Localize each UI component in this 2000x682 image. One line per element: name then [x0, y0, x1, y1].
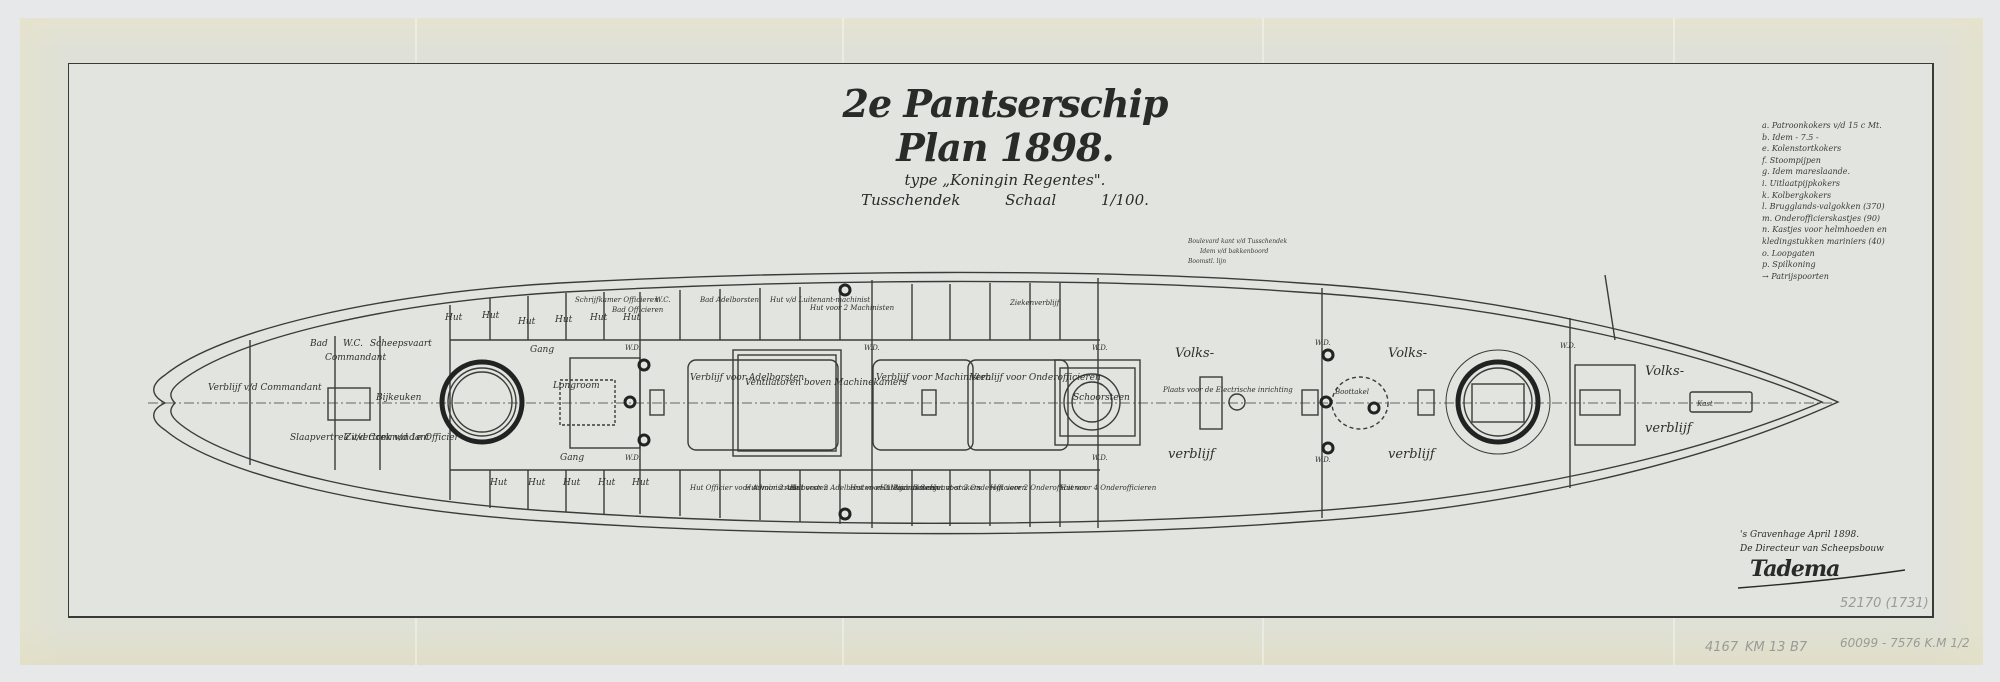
room-label: W.C.	[343, 339, 363, 349]
room-label: verblijf	[1168, 447, 1217, 462]
room-label: Hut	[589, 313, 608, 323]
room-label: Volks-	[1645, 364, 1684, 379]
room-label: Hut voor 2 Machinisten	[809, 304, 895, 312]
room-label: Hut	[481, 311, 500, 321]
wd-marker: W.D.	[1092, 454, 1108, 462]
room-label: Schoorsteen	[1073, 393, 1130, 403]
room-label: Plaats voor de Electrische inrichting	[1162, 386, 1293, 394]
wd-marker: W.D.	[1560, 342, 1576, 350]
signature-block: 's Gravenhage April 1898. De Directeur v…	[1740, 528, 1884, 556]
room-label: Bad Officieren	[611, 306, 664, 314]
room-label: Boottakel	[1334, 388, 1369, 396]
room-label: Verblijf voor Onderofficieren	[970, 373, 1101, 383]
catalog-number: 52170 (1731)	[1840, 596, 1929, 611]
room-label: Hut	[517, 317, 536, 327]
room-label: Scheepsvaart	[370, 339, 432, 349]
catalog-number: B7	[1790, 640, 1807, 655]
room-label: Hut	[622, 313, 641, 323]
room-label: Hut	[562, 478, 581, 488]
room-label: Hut	[631, 478, 650, 488]
room-label: Hut	[444, 313, 463, 323]
room-label: Hut	[489, 478, 508, 488]
room-label: Volks-	[1388, 346, 1427, 361]
room-label: Ziekenverblijf	[1009, 299, 1061, 307]
room-label: W.C.	[655, 296, 671, 304]
room-label: Bijkeuken	[375, 393, 422, 403]
room-label: verblijf	[1388, 447, 1437, 462]
room-label: Hut v/d Luitenant-machinist	[769, 296, 870, 304]
corridor-label: Gang	[530, 345, 554, 355]
room-label: Bad Adelborsten	[699, 296, 760, 304]
place-date: 's Gravenhage April 1898.	[1740, 528, 1884, 542]
room-label: Verblijf v/d Commandant	[208, 383, 322, 393]
room-label: Bad	[309, 339, 328, 349]
signatory-role: De Directeur van Scheepsbouw	[1740, 542, 1884, 556]
room-label: Zitvertrek v/d 1e Officier	[344, 433, 460, 443]
wd-marker: W.D.	[1315, 456, 1331, 464]
room-label: Hut voor 4 Onderofficieren	[1059, 484, 1157, 492]
room-label: Hut	[527, 478, 546, 488]
wd-marker: W.D.	[1092, 344, 1108, 352]
room-label: Schrijfkamer Officieren	[575, 296, 659, 304]
ship-deck-plan: Verblijf v/d Commandant Slaapvertrek v/d…	[0, 0, 2000, 682]
room-label: Hut	[597, 478, 616, 488]
wd-marker: W.D.	[1315, 339, 1331, 347]
signature: Tadema	[1750, 556, 1839, 582]
corridor-label: Gang	[560, 453, 584, 463]
catalog-number: 4167	[1705, 640, 1738, 655]
room-label: verblijf	[1645, 421, 1694, 436]
catalog-number: KM 13	[1745, 640, 1785, 655]
wardroom-label: Longroom	[552, 381, 600, 391]
room-label: Volks-	[1175, 346, 1214, 361]
catalog-number: 60099 - 7576 K.M 1/2	[1840, 636, 1970, 650]
wd-marker: W.D.	[625, 454, 641, 462]
wd-marker: W.D.	[625, 344, 641, 352]
room-label: Commandant	[325, 353, 386, 363]
room-label: Kast	[1696, 400, 1713, 408]
room-label: Hut	[554, 315, 573, 325]
wd-marker: W.D.	[864, 344, 880, 352]
